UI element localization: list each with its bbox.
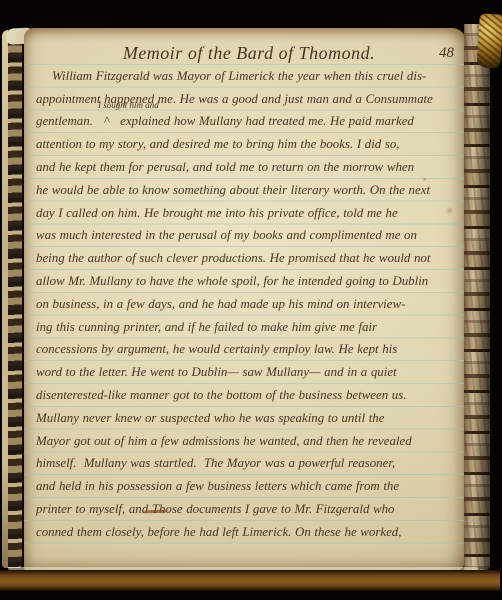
manuscript-line: gentleman. ^ explained how Mullany had t… (36, 110, 462, 133)
manuscript-line: and held in his possession a few busines… (36, 475, 462, 498)
manuscript-line: Mayor got out of him a few admissions he… (36, 430, 462, 453)
manuscript-line: concessions by argument, he would certai… (36, 338, 462, 361)
torn-page-edges-left (2, 30, 22, 568)
manuscript-line: ing this cunning printer, and if he fail… (36, 316, 462, 339)
interlinear-insertion: I sought him and (98, 101, 159, 110)
page-stack-edge-right (464, 24, 490, 572)
manuscript-line: attention to my story, and desired me to… (36, 133, 462, 156)
manuscript-line: William Fitzgerald was Mayor of Limerick… (36, 65, 462, 88)
book-bottom-edge (0, 570, 500, 591)
manuscript-line: Mullany never knew or suspected who he w… (36, 407, 462, 430)
manuscript-line: on business, in a few days, and he had m… (36, 293, 462, 316)
manuscript-line: word to the letter. He went to Dublin— s… (36, 361, 462, 384)
page-number: 48 (439, 42, 454, 65)
manuscript-line: disenterested-like manner got to the bot… (36, 384, 462, 407)
photo-background: Memoir of the Bard of Thomond. 48 Willia… (0, 0, 502, 600)
manuscript-line: being the author of such clever producti… (36, 247, 462, 270)
page-title: Memoir of the Bard of Thomond. (123, 43, 375, 63)
manuscript-line: he would be able to know something about… (36, 179, 462, 202)
manuscript-line: himself. Mullany was startled. The Mayor… (36, 452, 462, 475)
manuscript-line: was much interested in the perusal of my… (36, 224, 462, 247)
manuscript-page: Memoir of the Bard of Thomond. 48 Willia… (24, 28, 466, 572)
manuscript-line: conned them closely, before he had left … (36, 521, 462, 544)
manuscript-line: printer to myself, and Those documents I… (36, 498, 462, 521)
manuscript-lines: William Fitzgerald was Mayor of Limerick… (36, 65, 462, 544)
manuscript-line: allow Mr. Mullany to have the whole spoi… (36, 270, 462, 293)
handwritten-text: Memoir of the Bard of Thomond. 48 Willia… (36, 42, 462, 544)
manuscript-line: day I called on him. He brought me into … (36, 202, 462, 225)
title-row: Memoir of the Bard of Thomond. 48 (36, 42, 462, 65)
book-cover-corner (476, 13, 502, 69)
manuscript-line: and he kept them for perusal, and told m… (36, 156, 462, 179)
